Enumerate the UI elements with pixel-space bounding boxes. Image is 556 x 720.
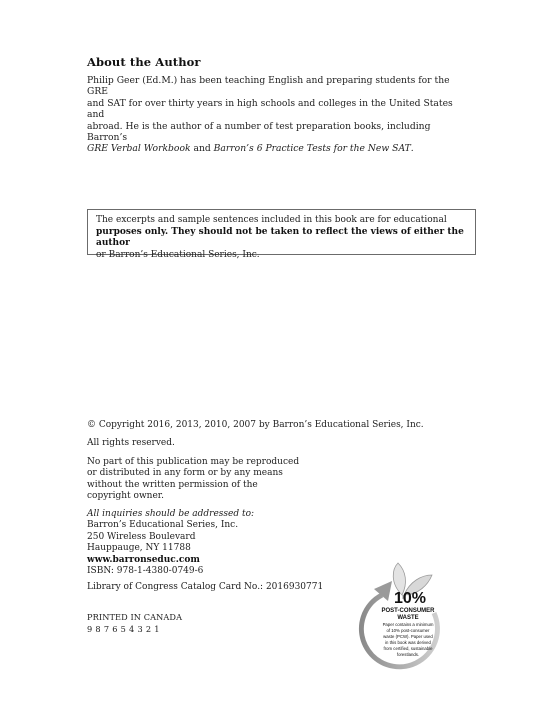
recycled-percent: 10% (380, 591, 440, 607)
printing-number-line: 9 8 7 6 5 4 3 2 1 (87, 624, 160, 635)
isbn: ISBN: 978-1-4380-0749-6 (87, 566, 203, 577)
book-title: Barron’s 6 Practice Tests for the New SA… (214, 143, 411, 154)
inquiries-block: All inquiries should be addressed to: Ba… (87, 509, 254, 566)
recycled-desc-line: forestlands. (370, 652, 446, 658)
disclaimer-line: The excerpts and sample sentences includ… (96, 215, 471, 227)
about-line: GRE Verbal Workbook and Barron’s 6 Pract… (87, 143, 457, 154)
recycled-title-line: WASTE (372, 615, 444, 622)
copyright-line: © Copyright 2016, 2013, 2010, 2007 by Ba… (87, 420, 424, 431)
recycled-description: Paper contains a minimum of 10% post-con… (370, 622, 446, 658)
about-author-heading: About the Author (87, 55, 201, 69)
about-line: abroad. He is the author of a number of … (87, 121, 457, 144)
address-line: Barron’s Educational Series, Inc. (87, 520, 254, 531)
inquiries-label: All inquiries should be addressed to: (87, 509, 254, 519)
disclaimer-line: or Barron’s Educational Series, Inc. (96, 250, 471, 262)
punctuation: . (411, 143, 414, 154)
about-line: Philip Geer (Ed.M.) has been teaching En… (87, 75, 457, 98)
permission-notice: No part of this publication may be repro… (87, 457, 299, 503)
address-line: 250 Wireless Boulevard (87, 532, 254, 543)
about-author-paragraph: Philip Geer (Ed.M.) has been teaching En… (87, 75, 457, 155)
rights-reserved: All rights reserved. (87, 438, 175, 449)
disclaimer-bold-line: purposes only. They should not be taken … (96, 227, 464, 249)
permission-line: copyright owner. (87, 491, 299, 502)
disclaimer-box: The excerpts and sample sentences includ… (87, 209, 476, 255)
lccn: Library of Congress Catalog Card No.: 20… (87, 582, 323, 593)
disclaimer-line: purposes only. They should not be taken … (96, 227, 471, 250)
recycled-title: POST-CONSUMER WASTE (372, 608, 444, 621)
about-line: and SAT for over thirty years in high sc… (87, 98, 457, 121)
publisher-website-link[interactable]: www.barronseduc.com (87, 555, 200, 565)
recycled-paper-logo: 10% POST-CONSUMER WASTE Paper contains a… (352, 555, 452, 670)
printed-in: PRINTED IN CANADA (87, 612, 182, 623)
permission-line: without the written permission of the (87, 480, 299, 491)
permission-line: or distributed in any form or by any mea… (87, 468, 299, 479)
disclaimer-text: The excerpts and sample sentences includ… (96, 215, 471, 261)
address-line: Hauppauge, NY 11788 (87, 543, 254, 554)
permission-line: No part of this publication may be repro… (87, 457, 299, 468)
recycled-title-line: POST-CONSUMER (372, 608, 444, 615)
book-title: GRE Verbal Workbook (87, 143, 191, 154)
conjunction: and (191, 143, 214, 154)
